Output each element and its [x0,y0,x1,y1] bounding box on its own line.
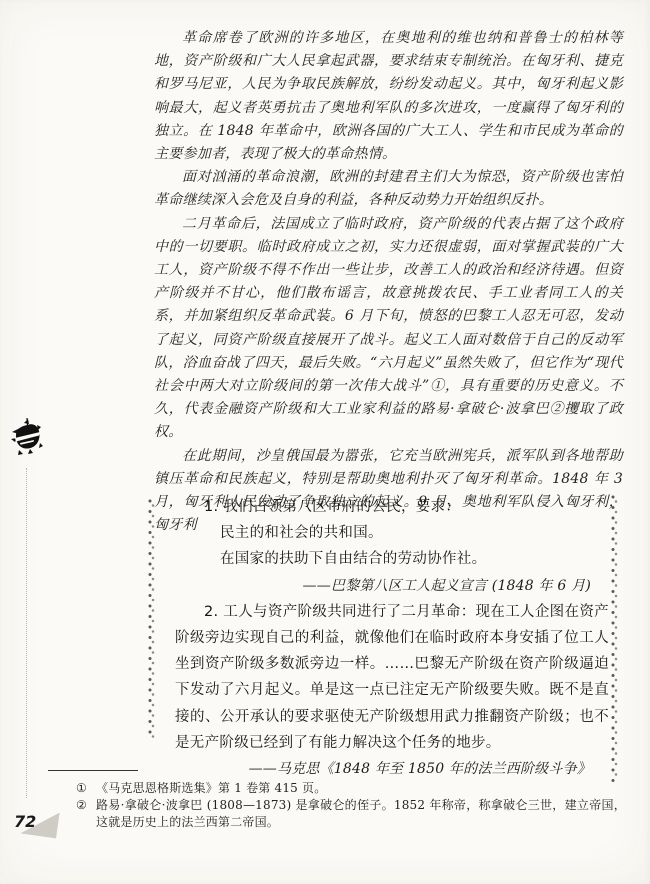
footnote-text: 路易·拿破仑·波拿巴 (1808—1873) 是拿破仑的侄子。1852 年称帝，… [96,797,626,831]
ornament-border-right-icon [610,494,619,782]
body-paragraph: 面对汹涌的革命浪潮，欧洲的封建君主们大为惊恐，资产阶级也害怕革命继续深入会危及自… [154,166,623,212]
footnote-section: ① 《马克思恩格斯选集》第 1 卷第 415 页。 ② 路易·拿破仑·波拿巴 (… [48,770,626,832]
footnote-item: ② 路易·拿破仑·波拿巴 (1808—1873) 是拿破仑的侄子。1852 年称… [48,797,626,831]
source-excerpt-content: 1. 我们占领第八区市府的公民，要求： 民主的和社会的共和国。 在国家的扶助下自… [175,494,609,782]
source-item-1-demand: 在国家的扶助下自由结合的劳动协作社。 [175,546,609,572]
footnote-marker: ② [76,797,96,814]
body-paragraph: 革命席卷了欧洲的许多地区，在奥地利的维也纳和普鲁士的柏林等地，资产阶级和广大人民… [154,27,623,166]
ship-emblem-icon [10,415,44,467]
source-item-2-text: 2. 工人与资产阶级共同进行了二月革命：现在工人企图在资产阶级旁边实现自己的利益… [175,599,609,756]
footnote-divider [48,770,138,771]
body-paragraph: 二月革命后，法国成立了临时政府，资产阶级的代表占据了这个政府中的一切要职。临时政… [154,213,623,445]
source-excerpt-box: 1. 我们占领第八区市府的公民，要求： 民主的和社会的共和国。 在国家的扶助下自… [147,492,619,786]
ornament-border-left-icon [147,498,156,738]
footnote-marker: ① [76,780,96,797]
footnote-item: ① 《马克思恩格斯选集》第 1 卷第 415 页。 [48,780,626,797]
margin-dotted-rule [26,468,27,798]
source-item-1-attribution: ——巴黎第八区工人起义宣言 (1848 年 6 月) [175,573,609,599]
footnote-text: 《马克思恩格斯选集》第 1 卷第 415 页。 [96,780,626,797]
textbook-page: 革命席卷了欧洲的许多地区，在奥地利的维也纳和普鲁士的柏林等地，资产阶级和广大人民… [0,0,650,884]
page-number: 72 [14,812,36,831]
source-item-1-lead: 1. 我们占领第八区市府的公民，要求： [175,494,609,520]
source-item-1-demand: 民主的和社会的共和国。 [175,520,609,546]
article-body: 革命席卷了欧洲的许多地区，在奥地利的维也纳和普鲁士的柏林等地，资产阶级和广大人民… [154,27,623,537]
page-number-badge: 72 [8,806,68,846]
